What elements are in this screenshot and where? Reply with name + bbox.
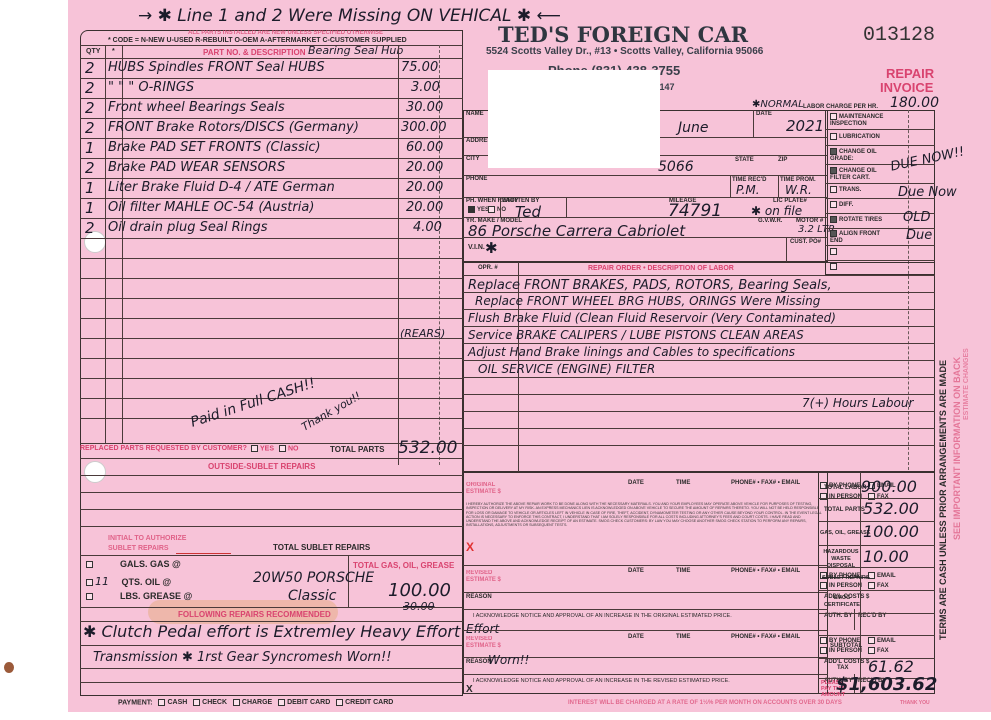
qts-oil[interactable]: 11 QTS. OIL @ — [86, 575, 171, 588]
maint-note: Due Now — [898, 185, 957, 200]
vin-value: ✱ — [485, 239, 498, 257]
total-value: 10.00 — [863, 547, 909, 566]
total-parts-label: TOTAL PARTS — [330, 445, 385, 454]
maint-item[interactable]: MAINTENANCE INSPECTION — [830, 113, 900, 128]
total-sublet-label: TOTAL SUBLET REPAIRS — [273, 543, 370, 552]
maint-item[interactable]: LUBRICATION — [830, 133, 880, 140]
checkbox[interactable] — [830, 186, 837, 193]
ink-blot — [4, 662, 14, 673]
recommended-line: ✱ Clutch Pedal effort is Extremley Heavy… — [83, 622, 460, 641]
business-name: TED'S FOREIGN CAR — [498, 22, 748, 47]
redacted-area — [488, 70, 660, 168]
labor-line: Flush Brake Fluid (Clean Fluid Reservoir… — [468, 311, 836, 325]
oil-desc: 20W50 PORSCHE — [253, 570, 374, 586]
est-time-label: TIME — [676, 568, 690, 574]
doc-type-1: REPAIR — [886, 66, 934, 81]
part-qty: 2 — [85, 59, 95, 77]
authorization-text: I HEREBY AUTHORIZE THE ABOVE REPAIR WORK… — [466, 502, 826, 528]
name-label: NAME — [466, 111, 484, 117]
labor-line: OIL SERVICE (ENGINE) FILTER — [478, 362, 655, 376]
part-desc: Oil filter MAHLE OC-54 (Austria) — [108, 200, 314, 215]
part-price: 4.00 — [413, 220, 442, 235]
revised-estimate-label: REVISED ESTIMATE $ — [466, 636, 506, 650]
doc-type-2: INVOICE — [880, 80, 933, 95]
labor-line: Replace FRONT BRAKES, PADS, ROTORS, Bear… — [468, 278, 832, 293]
maint-note: OLD — [903, 210, 931, 225]
col-code: * — [112, 48, 115, 55]
sublet-header: OUTSIDE-SUBLET REPAIRS — [208, 462, 315, 471]
payment-charge[interactable]: CHARGE — [233, 699, 272, 706]
initial-label-2: SUBLET REPAIRS — [108, 545, 169, 552]
total-label: TOTAL PARTS — [824, 507, 865, 513]
pay-value: $1,603.62 — [836, 674, 937, 695]
part-desc: " " " O-RINGS — [108, 80, 194, 95]
total-label: SMOG CERTIFICATE — [824, 595, 860, 609]
part-price: 20.00 — [406, 200, 443, 215]
maint-item[interactable]: CHANGE OIL GRADE: — [830, 148, 890, 163]
code-legend: * CODE = N-NEW U-USED R-REBUILT O-OEM A-… — [108, 37, 407, 44]
checkbox[interactable] — [279, 445, 286, 452]
maint-item[interactable] — [830, 248, 839, 255]
part-price: 20.00 — [406, 180, 443, 195]
original-estimate-label: ORIGINAL ESTIMATE $ — [466, 482, 506, 496]
interest-notice: INTEREST WILL BE CHARGED AT A RATE OF 1½… — [568, 700, 842, 706]
replaced-parts-question: REPLACED PARTS REQUESTED BY CUSTOMER? — [80, 445, 247, 452]
total-value: 100.00 — [863, 522, 919, 541]
est-contact-label: PHONE# • FAX# • EMAIL — [731, 480, 800, 486]
terms-text: TERMS ARE CASH UNLESS PRIOR ARRANGEMENTS… — [938, 360, 948, 640]
checkbox[interactable] — [830, 113, 837, 120]
invoice-number: 013128 — [863, 24, 935, 47]
maint-item[interactable]: CHANGE OIL FILTER CART. — [830, 167, 890, 182]
date-label: DATE — [756, 111, 772, 117]
zip-partial: 5066 — [658, 159, 694, 175]
cust-po-label: CUST. PO# — [790, 239, 821, 245]
thank-you-label: THANK YOU — [900, 700, 930, 706]
part-desc: Oil drain plug Seal Rings — [108, 220, 268, 235]
revised-signature-x[interactable]: X — [466, 684, 473, 695]
part-price: 20.00 — [406, 160, 443, 175]
checkbox-checked[interactable] — [830, 148, 837, 155]
part-desc: HUBS Spindles FRONT Seal HUBS — [108, 60, 325, 75]
est-date-label: DATE — [628, 634, 644, 640]
col-labor-desc: REPAIR ORDER • DESCRIPTION OF LABOR — [588, 265, 734, 272]
vin-label: V.I.N. — [468, 244, 485, 251]
checkbox[interactable] — [488, 206, 495, 213]
total-label: SUBTOTAL — [830, 643, 862, 649]
important-info-text: SEE IMPORTANT INFORMATION ON BACK — [952, 357, 962, 540]
ph-yes[interactable]: YES — [468, 206, 489, 213]
part-qty: 2 — [85, 159, 95, 177]
part-qty: 1 — [85, 199, 95, 217]
estimate-changes-text: ESTIMATE CHANGES — [963, 348, 970, 420]
checkbox[interactable] — [830, 201, 837, 208]
revised-note: Effort — [466, 622, 499, 636]
part-qty: 1 — [85, 179, 95, 197]
zip-label: ZIP — [778, 157, 787, 163]
checkbox[interactable] — [86, 593, 93, 600]
est-contact-label: PHONE# • FAX# • EMAIL — [731, 634, 800, 640]
maint-item[interactable]: ROTATE TIRES — [830, 216, 882, 223]
part-desc: Liter Brake Fluid D-4 / ATE German — [108, 180, 335, 195]
checkbox[interactable] — [86, 561, 93, 568]
gvwr-label: G.V.W.R. — [758, 218, 782, 224]
part-qty: 2 — [85, 119, 95, 137]
part-price: 3.00 — [411, 80, 440, 95]
date-year: 2021 — [786, 117, 824, 135]
payment-cash[interactable]: CASH — [158, 699, 187, 706]
original-signature-x[interactable]: X — [466, 540, 474, 554]
gals-gas[interactable]: GALS. GAS @ — [86, 559, 181, 569]
date-month: June — [678, 120, 709, 136]
col-qty: QTY — [86, 48, 100, 55]
est-time-label: TIME — [676, 480, 690, 486]
total-parts-value: 532.00 — [398, 438, 457, 458]
hours-note: 7(+) Hours Labour — [802, 396, 913, 410]
payment-row: PAYMENT: CASH CHECK CHARGE DEBIT CARD CR… — [118, 699, 393, 706]
part-desc: Brake PAD SET FRONTS (Classic) — [108, 140, 321, 155]
revised-note: Worn!! — [488, 653, 529, 667]
est-contact-label: PHONE# • FAX# • EMAIL — [731, 568, 800, 574]
ack-revised: I ACKNOWLEDGE NOTICE AND APPROVAL OF AN … — [473, 678, 730, 684]
part-price: 75.00 — [401, 60, 438, 75]
lic-plate-value: ✱ on file — [751, 204, 802, 218]
state-label: STATE — [735, 157, 754, 163]
est-date-label: DATE — [628, 480, 644, 486]
total-gas-oil-grease-value: 100.00 — [388, 580, 451, 601]
time-recd-value: P.M. — [736, 183, 760, 197]
part-desc: Front wheel Bearings Seals — [108, 100, 285, 115]
part-price: 300.00 — [401, 120, 447, 135]
total-value: 900.00 — [861, 477, 917, 496]
payment-check[interactable]: CHECK — [193, 699, 227, 706]
payment-debit-card[interactable]: DEBIT CARD — [278, 699, 330, 706]
phone-label: PHONE — [466, 176, 487, 182]
mileage-value: 74791 — [668, 201, 722, 221]
initial-label-1: INITIAL TO AUTHORIZE — [108, 535, 186, 542]
total-label: SUBLET REPAIRS — [822, 575, 870, 581]
reason-label: REASON — [466, 594, 492, 600]
total-gas-oil-grease-label: TOTAL GAS, OIL, GREASE — [353, 561, 454, 570]
col-desc: PART NO. & DESCRIPTION — [203, 48, 306, 57]
labor-line: Adjust Hand Brake linings and Cables to … — [468, 345, 795, 359]
labor-line: Replace FRONT WHEEL BRG HUBS, ORINGS Wer… — [475, 294, 820, 308]
parts-header-note: Bearing Seal Hub — [308, 44, 403, 57]
business-address: 5524 Scotts Valley Dr., #13 • Scotts Val… — [486, 46, 763, 57]
city-label: CITY — [466, 156, 480, 162]
est-date-label: DATE — [628, 568, 644, 574]
checkbox-checked[interactable] — [468, 206, 475, 213]
ack-original: I ACKNOWLEDGE NOTICE AND APPROVAL OF AN … — [473, 613, 732, 619]
time-prom-value: W.R. — [785, 183, 812, 197]
part-qty: 1 — [85, 139, 95, 157]
part-price: 30.00 — [406, 100, 443, 115]
recommended-line: Transmission ✱ 1rst Gear Syncromesh Worn… — [93, 650, 391, 665]
total-label: TAX — [837, 665, 849, 671]
total-label: TOTAL LABOR — [824, 485, 866, 491]
checkbox[interactable] — [251, 445, 258, 452]
part-qty: 2 — [85, 219, 95, 237]
checkbox[interactable] — [86, 579, 93, 586]
parts-notice: ALL PARTS INSTALLED ARE NEW UNLESS SPECI… — [188, 30, 383, 36]
checkbox-checked[interactable] — [830, 230, 837, 237]
recommended-header: FOLLOWING REPAIRS RECOMMENDED — [178, 610, 331, 619]
checkbox[interactable] — [830, 248, 837, 255]
part-desc: FRONT Brake Rotors/DISCS (Germany) — [108, 120, 359, 135]
replaced-no[interactable]: NO — [279, 445, 299, 452]
checkbox-checked[interactable] — [830, 216, 837, 223]
col-opr: OPR. # — [478, 265, 498, 271]
labor-line: Service BRAKE CALIPERS / LUBE PISTONS CL… — [468, 328, 804, 342]
maint-item[interactable]: DIFF. — [830, 201, 853, 208]
labor-rate-note: ✱NORMAL — [752, 99, 804, 110]
checkbox-checked[interactable] — [830, 167, 837, 174]
labor-rate-value: 180.00 — [890, 95, 939, 111]
part-price: 60.00 — [406, 140, 443, 155]
invoice-paper: → ✱ Line 1 and 2 Were Missing ON VEHICAL… — [68, 0, 991, 712]
maint-note: Due — [906, 228, 932, 243]
maint-item[interactable]: ALIGN FRONT END — [830, 230, 890, 245]
replaced-yes[interactable]: YES — [251, 445, 274, 452]
payment-credit-card[interactable]: CREDIT CARD — [336, 699, 393, 706]
est-time-label: TIME — [676, 634, 690, 640]
revised-estimate-label: REVISED ESTIMATE $ — [466, 570, 506, 584]
rears-note: (REARS) — [400, 327, 445, 340]
part-desc: Brake PAD WEAR SENSORS — [108, 160, 285, 175]
checkbox[interactable] — [830, 133, 837, 140]
ph-no[interactable]: NO — [488, 206, 506, 213]
part-qty: 2 — [85, 99, 95, 117]
total-value: 532.00 — [863, 499, 919, 518]
maint-item[interactable]: TRANS. — [830, 186, 861, 193]
part-qty: 2 — [85, 79, 95, 97]
